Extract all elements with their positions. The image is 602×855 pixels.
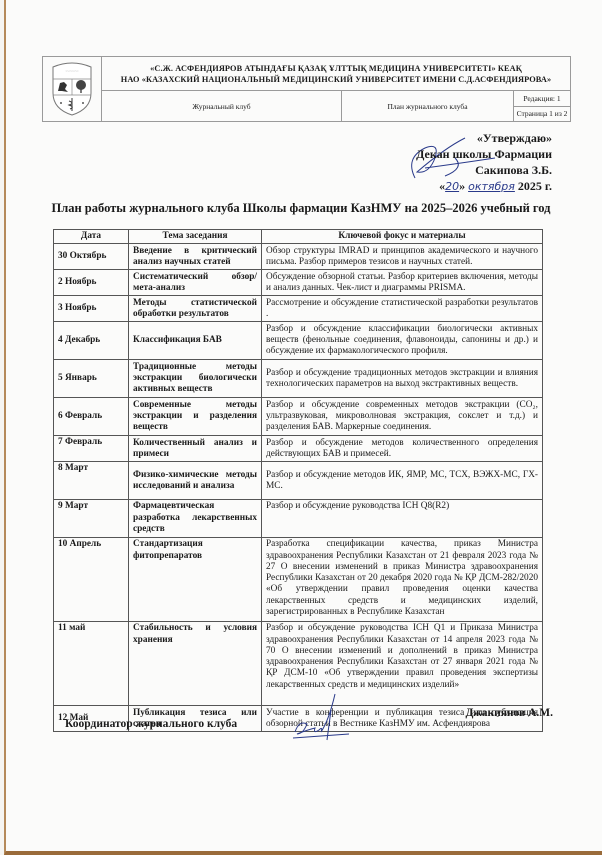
approval-date-month: октября (468, 180, 515, 193)
row-topic: Стабильность и условия хранения (129, 622, 262, 706)
row-topic: Традиционные методы экстракции биологиче… (129, 360, 262, 398)
approval-block: «Утверждаю» Декан школы Фармации Сакипов… (416, 130, 552, 195)
university-crest-icon: ~~~~~~~~ (43, 57, 102, 121)
header-title-ru: НАО «КАЗАХСКИЙ НАЦИОНАЛЬНЫЙ МЕДИЦИНСКИЙ … (121, 74, 551, 85)
column-header-topic: Тема заседания (129, 230, 262, 244)
row-topic: Введение в критический анализ научных ст… (129, 244, 262, 270)
document-title: План работы журнального клуба Школы фарм… (0, 201, 602, 216)
row-focus: Разбор и обсуждение современных методов … (262, 398, 543, 436)
table-row: 4 Декабрь Классификация БАВ Разбор и обс… (54, 322, 543, 360)
row-topic: Количественный анализ и примеси (129, 436, 262, 462)
svg-text:~~~~~~~~: ~~~~~~~~ (66, 69, 79, 73)
coordinator-label: Координатор журнального клуба (65, 718, 237, 730)
row-date: 7 Февраль (54, 436, 129, 462)
row-topic: Современные методы экстракции и разделен… (129, 398, 262, 436)
row-topic: Стандартизация фитопрепаратов (129, 538, 262, 622)
approval-position: Декан школы Фармации (416, 146, 552, 162)
row-date: 4 Декабрь (54, 322, 129, 360)
row-topic: Классификация БАВ (129, 322, 262, 360)
table-row: 2 Ноябрь Систематический обзор/мета-анал… (54, 270, 543, 296)
row-date: 9 Март (54, 500, 129, 538)
row-topic: Методы статистической обработки результа… (129, 296, 262, 322)
header-page-number: Страница 1 из 2 (514, 107, 570, 122)
column-header-focus: Ключевой фокус и материалы (262, 230, 543, 244)
table-header-row: Дата Тема заседания Ключевой фокус и мат… (54, 230, 543, 244)
header-title-kz: «С.Ж. АСФЕНДИЯРОВ АТЫНДАҒЫ ҚАЗАҚ ҰЛТТЫҚ … (150, 63, 522, 74)
column-header-date: Дата (54, 230, 129, 244)
row-focus: Рассмотрение и обсуждение статистической… (262, 296, 543, 322)
row-focus: Обзор структуры IMRAD и принципов академ… (262, 244, 543, 270)
row-date: 11 май (54, 622, 129, 706)
table-row: 9 Март Фармацевтическая разработка лекар… (54, 500, 543, 538)
coordinator-name: Джакиянов А.М. (465, 707, 553, 719)
row-focus: Разбор и обсуждение традиционных методов… (262, 360, 543, 398)
table-row: 3 Ноябрь Методы статистической обработки… (54, 296, 543, 322)
row-focus: Разбор и обсуждение методов ИК, ЯМР, МС,… (262, 462, 543, 500)
plan-table: Дата Тема заседания Ключевой фокус и мат… (53, 229, 543, 732)
row-focus: Разработка спецификации качества, приказ… (262, 538, 543, 622)
row-date: 5 Январь (54, 360, 129, 398)
table-row: 5 Январь Традиционные методы экстракции … (54, 360, 543, 398)
row-date: 6 Февраль (54, 398, 129, 436)
table-row: 30 Октябрь Введение в критический анализ… (54, 244, 543, 270)
table-row: 7 Февраль Количественный анализ и примес… (54, 436, 543, 462)
approval-date: «20» октября 2025 г. (416, 178, 552, 195)
table-row: 8 Март Физико-химические методы исследов… (54, 462, 543, 500)
document-header: ~~~~~~~~ «С.Ж. АСФЕНДИЯРОВ АТЫНДАҒЫ ҚАЗА… (42, 56, 571, 122)
row-date: 3 Ноябрь (54, 296, 129, 322)
row-date: 10 Апрель (54, 538, 129, 622)
row-date: 30 Октябрь (54, 244, 129, 270)
approval-date-day: 20 (445, 180, 459, 193)
header-club-cell: Журнальный клуб (102, 91, 342, 121)
row-focus: Обсуждение обзорной статьи. Разбор крите… (262, 270, 543, 296)
row-topic: Фармацевтическая разработка лекарственны… (129, 500, 262, 538)
row-topic: Систематический обзор/мета-анализ (129, 270, 262, 296)
row-date: 8 Март (54, 462, 129, 500)
header-edition: Редакция: 1 (514, 91, 570, 107)
row-date: 2 Ноябрь (54, 270, 129, 296)
row-focus: Разбор и обсуждение классификации биолог… (262, 322, 543, 360)
approval-date-year: 2025 г. (518, 179, 552, 193)
row-focus: Разбор и обсуждение методов количественн… (262, 436, 543, 462)
table-row: 10 Апрель Стандартизация фитопрепаратов … (54, 538, 543, 622)
header-plan-cell: План журнального клуба (342, 91, 514, 121)
row-focus: Разбор и обсуждение руководства ICH Q8(R… (262, 500, 543, 538)
document-footer: Координатор журнального клуба Джакиянов … (53, 716, 543, 756)
approval-name: Сакипова З.Б. (416, 162, 552, 178)
table-row: 6 Февраль Современные методы экстракции … (54, 398, 543, 436)
row-topic: Физико-химические методы исследований и … (129, 462, 262, 500)
approval-heading: «Утверждаю» (416, 130, 552, 146)
